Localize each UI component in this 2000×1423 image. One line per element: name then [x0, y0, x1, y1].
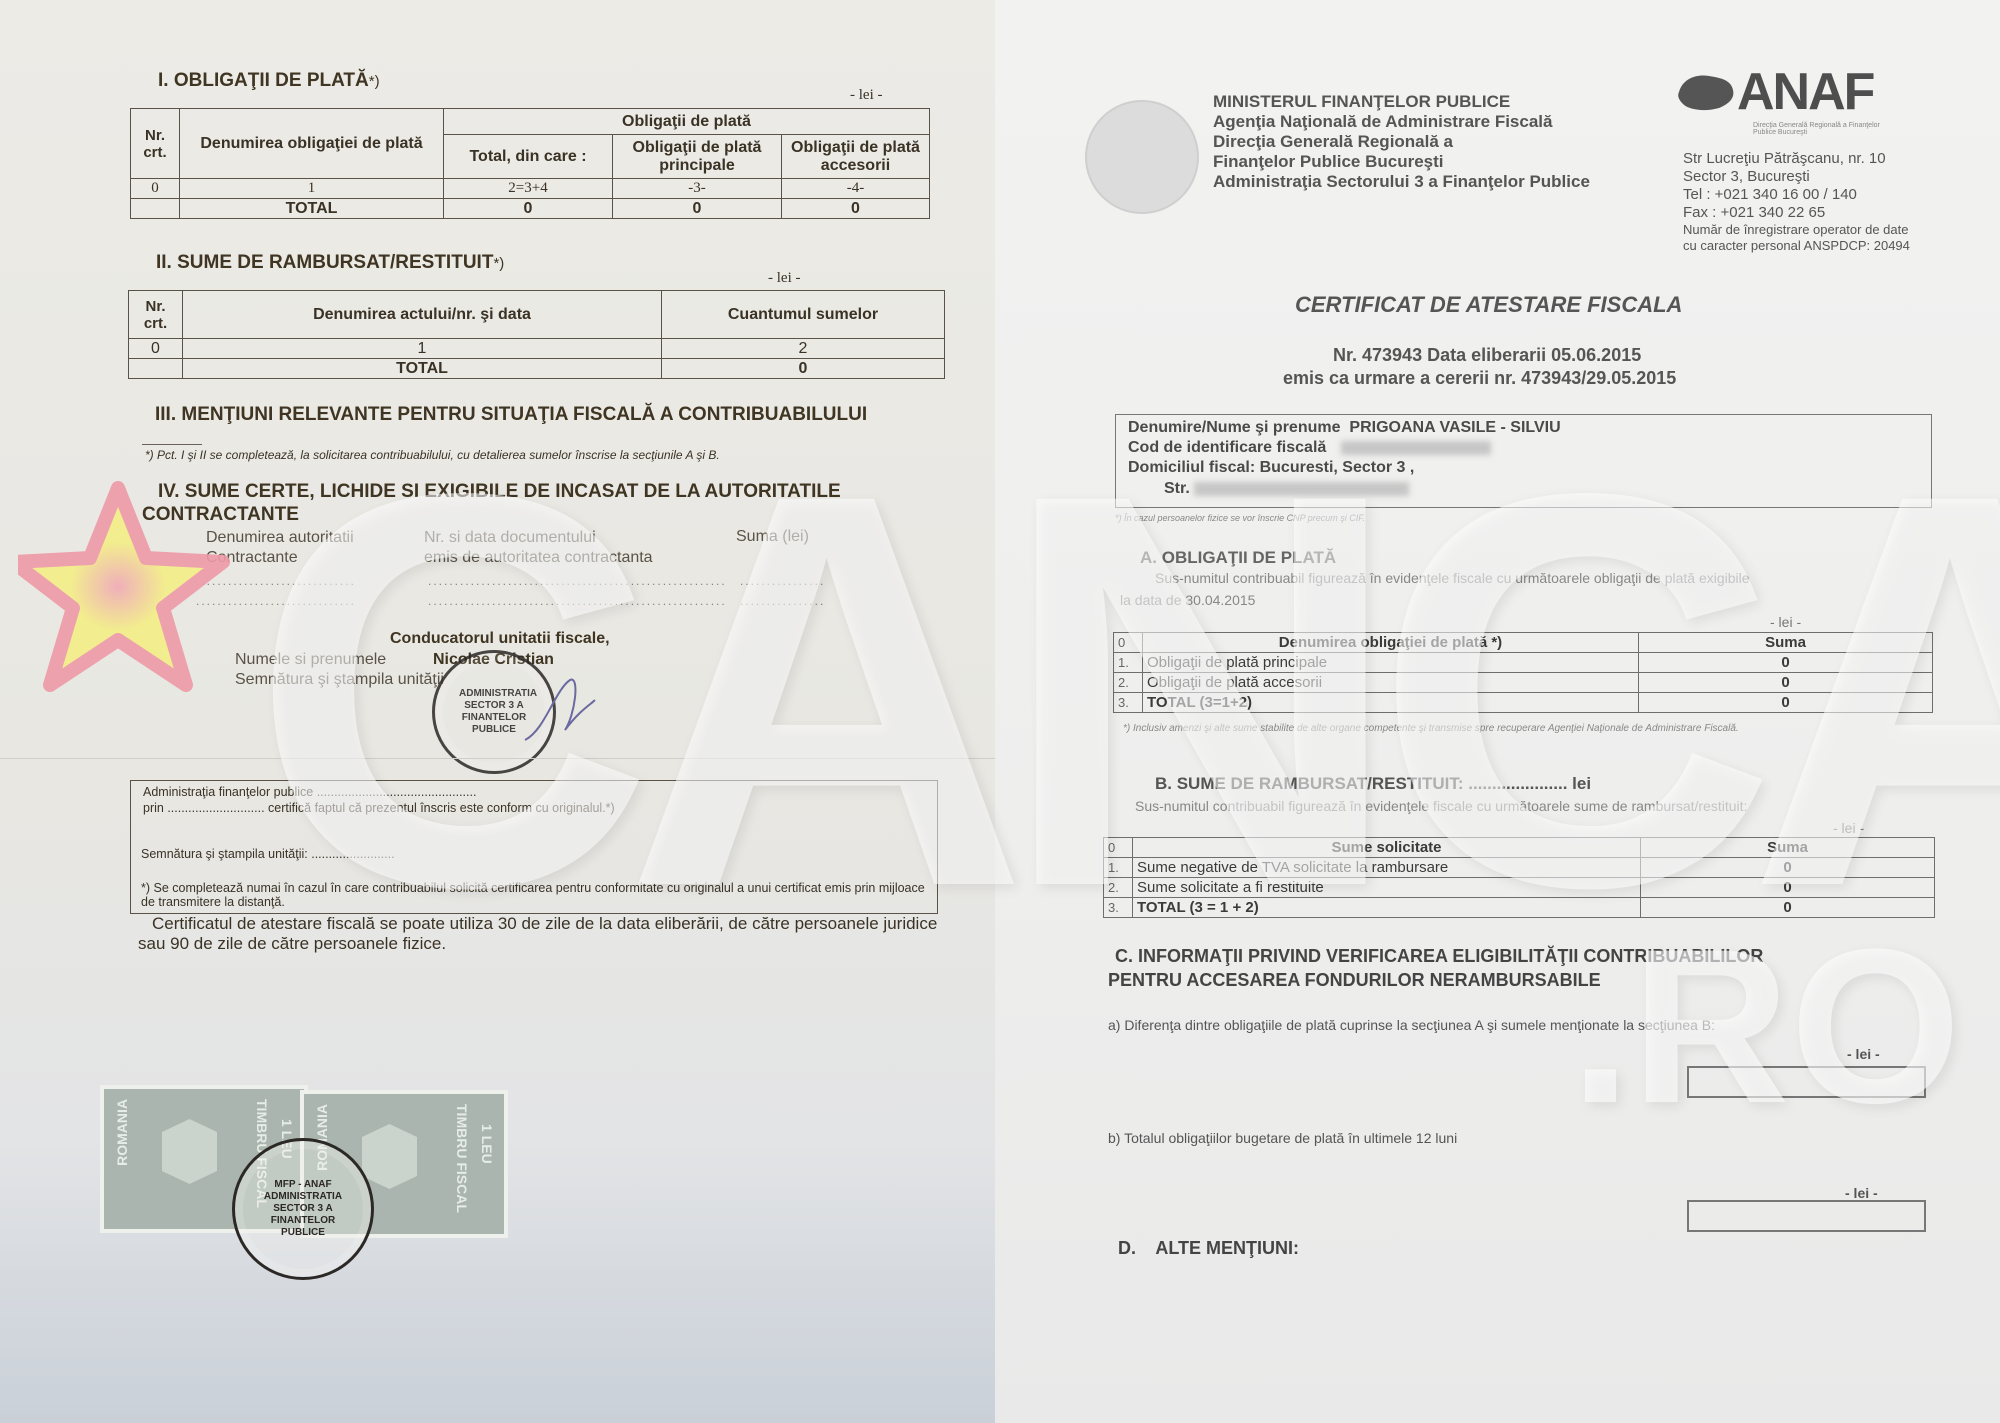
certification-box: Administraţia finanţelor publice .......… — [130, 780, 938, 914]
col-accessory: Obligaţii de plată accesorii — [782, 135, 930, 179]
section-d-title: D. ALTE MENŢIUNI: — [1118, 1238, 1299, 1259]
logo-subtitle: Direcţia Generală Regională a Finanţelor… — [1753, 122, 1903, 136]
cert-footnote: *) Se completează numai în cazul în care… — [141, 881, 931, 909]
section-b-intro: Sus-numitul contribuabil figurează în ev… — [1135, 798, 1747, 814]
certificate-number: Nr. 473943 Data eliberarii 05.06.2015 — [1333, 345, 1641, 366]
table-row: 2. Obligaţii de plată accesorii 0 — [1114, 673, 1933, 693]
footnote-rule — [142, 444, 202, 445]
section-a-table: 0 Denumirea obligaţiei de plată *) Suma … — [1113, 632, 1933, 713]
section-1-title: I. OBLIGAŢII DE PLATĂ*) — [158, 70, 380, 92]
item-a-value-box — [1687, 1066, 1926, 1098]
sign-label: Semnătura şi ştampila unităţii — [235, 671, 444, 689]
section-2-table: Nr. crt. Denumirea actului/nr. şi data C… — [128, 290, 945, 379]
dots: ................ — [740, 574, 825, 588]
table-row: 1. Obligaţii de plată principale 0 — [1114, 653, 1933, 673]
taxpayer-footnote: *) În cazul persoanelor fizice se vor în… — [1115, 513, 1365, 523]
section-a-footnote: *) Inclusiv amenzi şi alte sume stabilit… — [1123, 722, 1923, 735]
section-4-title: IV. SUME CERTE, LICHIDE SI EXIGIBILE DE … — [158, 481, 841, 503]
section-c-title-2: PENTRU ACCESAREA FONDURILOR NERAMBURSABI… — [1108, 970, 1601, 991]
coat-of-arms-icon — [162, 1119, 217, 1184]
validity-note: Certificatul de atestare fiscală se poat… — [138, 914, 938, 954]
section-3-footnote: *) Pct. I şi II se completează, la solic… — [145, 448, 720, 462]
table-row: 2. Sume solicitate a fi restituite 0 — [1104, 878, 1935, 898]
section-c-item-a: a) Diferenţa dintre obligaţiile de plată… — [1108, 1017, 1715, 1033]
item-a-unit: - lei - — [1847, 1046, 1880, 1062]
cert-line-2: prin ............................ certif… — [143, 801, 615, 815]
star-icon — [18, 480, 238, 710]
section-b-table: 0 Sume solicitate Suma 1. Sume negative … — [1103, 837, 1935, 918]
request-line: emis ca urmare a cererii nr. 473943/29.0… — [1283, 368, 1676, 389]
index-row: 0 1 2=3+4 -3- -4- — [131, 179, 930, 199]
col-principal: Obligaţii de plată principale — [613, 135, 782, 179]
section-c-title: C. INFORMAŢII PRIVIND VERIFICAREA ELIGIB… — [1115, 946, 1763, 967]
section-1-unit: - lei - — [850, 87, 882, 104]
fold-line — [0, 758, 995, 759]
section-1-table: Nr. crt. Denumirea obligaţiei de plată O… — [130, 108, 930, 219]
signature-heading: Conducatorul unitatii fiscale, — [390, 630, 610, 648]
section-b-title: B. SUME DE RAMBURSAT/RESTITUIT: ........… — [1155, 774, 1591, 794]
name-label: Numele si prenumele — [235, 651, 386, 669]
cif-row: Cod de identificare fiscală — [1128, 439, 1491, 457]
street-row: Str. — [1164, 480, 1409, 498]
section-b-table-wrap: 0 Sume solicitate Suma 1. Sume negative … — [1103, 837, 1935, 918]
col-total: Total, din care : — [444, 135, 613, 179]
table-row: 3. TOTAL (3 = 1 + 2) 0 — [1104, 898, 1935, 918]
taxpayer-box: Denumire/Nume şi prenume PRIGOANA VASILE… — [1115, 414, 1932, 508]
total-row: TOTAL 0 0 0 — [131, 199, 930, 219]
domicile-row: Domiciliul fiscal: Bucuresti, Sector 3 , — [1128, 459, 1414, 477]
section-a-title: A. OBLIGAŢII DE PLATĂ — [1140, 548, 1336, 568]
index-row: 0 1 2 — [129, 339, 945, 359]
section-c-item-b: b) Totalul obligaţiilor bugetare de plat… — [1108, 1130, 1457, 1146]
left-page: I. OBLIGAŢII DE PLATĂ*) - lei - Nr. crt.… — [0, 0, 995, 1423]
round-stamp: MFP - ANAF ADMINISTRATIA SECTOR 3 A FINA… — [232, 1138, 374, 1280]
col-name: Denumirea obligaţiei de plată — [180, 109, 444, 179]
item-b-unit: - lei - — [1845, 1185, 1878, 1201]
table-row: 1. Sume negative de TVA solicitate la ra… — [1104, 858, 1935, 878]
dots: ........................................… — [428, 574, 727, 588]
certificate-title: CERTIFICAT DE ATESTARE FISCALA — [1295, 292, 1682, 318]
right-page: MINISTERUL FINANŢELOR PUBLICE Agenţia Na… — [995, 0, 2000, 1423]
coat-of-arms-icon — [1085, 100, 1199, 214]
col-document: Nr. si data documentului emis de autorit… — [424, 528, 653, 568]
col-nr: Nr. crt. — [131, 109, 180, 179]
contact-block: Str Lucreţiu Pătrăşcanu, nr. 10 Sector 3… — [1683, 150, 1910, 254]
dots: ................ — [740, 594, 825, 608]
section-a-intro: Sus-numitul contribuabil figurează în ev… — [1155, 570, 1750, 586]
coat-of-arms-icon — [362, 1124, 417, 1189]
section-3-title: III. MENŢIUNI RELEVANTE PENTRU SITUAŢIA … — [155, 404, 867, 426]
table-row: 3. TOTAL (3=1+2) 0 — [1114, 693, 1933, 713]
section-2-unit: - lei - — [768, 270, 800, 287]
section-a-unit: - lei - — [1770, 614, 1801, 630]
col-group: Obligaţii de plată — [444, 109, 930, 135]
anaf-logo: ANAF — [1675, 62, 1873, 122]
cert-line-3: Semnătura şi ştampila unităţii: ........… — [141, 847, 395, 861]
section-b-unit: - lei - — [1833, 820, 1864, 836]
signature-scribble-icon — [520, 670, 600, 750]
taxpayer-name-row: Denumire/Nume şi prenume PRIGOANA VASILE… — [1128, 419, 1561, 437]
redacted-street — [1194, 482, 1409, 496]
section-2-title: II. SUME DE RAMBURSAT/RESTITUIT*) — [156, 252, 504, 274]
romania-map-icon — [1675, 72, 1737, 112]
ministry-header: MINISTERUL FINANŢELOR PUBLICE Agenţia Na… — [1213, 92, 1590, 192]
item-b-value-box — [1687, 1200, 1926, 1232]
cert-line-1: Administraţia finanţelor publice .......… — [143, 785, 476, 799]
col-sum: Suma (lei) — [736, 528, 809, 546]
dots: ........................................… — [428, 594, 727, 608]
section-a-date: la data de 30.04.2015 — [1120, 592, 1255, 608]
total-row: TOTAL 0 — [129, 359, 945, 379]
redacted-cif — [1341, 441, 1491, 455]
